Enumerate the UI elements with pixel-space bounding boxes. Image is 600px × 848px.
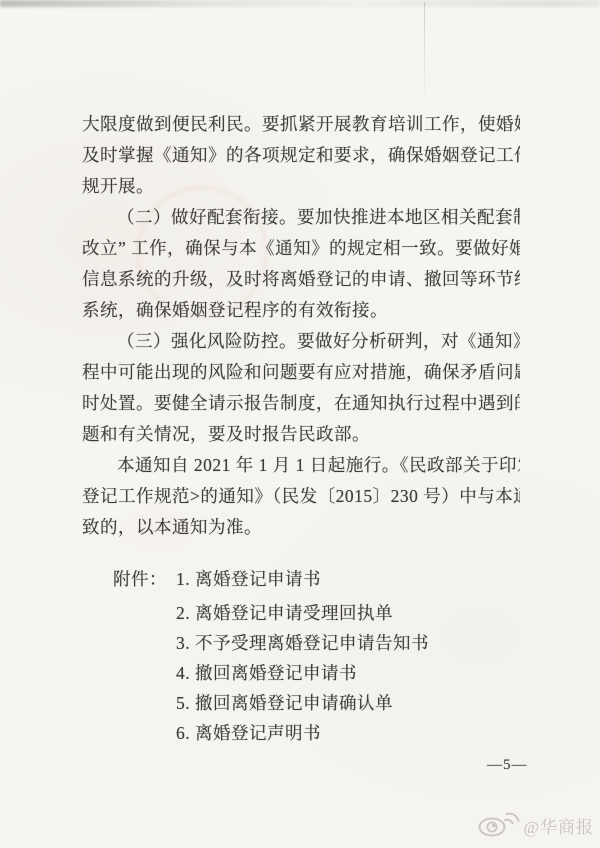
document-line: 时处置。要健全请示报告制度，在通知执行过程中遇到的重要问 xyxy=(82,388,520,419)
attachment-item: 2. 离婚登记申请受理回执单 xyxy=(176,598,540,628)
attachment-item: 4. 撤回离婚登记申请书 xyxy=(176,658,540,688)
document-line: 登记工作规范>的通知》（民发〔2015〕230 号）中与本通知不一 xyxy=(82,481,520,512)
document-line: 信息系统的升级，及时将离婚登记的申请、撤回等环节纳入信息 xyxy=(82,264,520,295)
scanned-document-page: 大限度做到便民利民。要抓紧开展教育培训工作，使婚姻登记员 及时掌握《通知》的各项… xyxy=(0,0,600,848)
document-line: 改立” 工作，确保与本《通知》的规定相一致。要做好婚姻登记 xyxy=(82,233,520,264)
watermark-handle: @华商报 xyxy=(523,813,594,838)
document-line: 系统，确保婚姻登记程序的有效衔接。 xyxy=(82,295,520,326)
scan-fold-line xyxy=(424,2,425,98)
attachments-label: 附件： xyxy=(113,564,167,594)
attachment-item: 1. 离婚登记申请书 xyxy=(176,564,321,594)
attachment-item: 6. 离婚登记声明书 xyxy=(176,718,540,748)
document-body: 大限度做到便民利民。要抓紧开展教育培训工作，使婚姻登记员 及时掌握《通知》的各项… xyxy=(82,109,520,543)
document-line: 本通知自 2021 年 1 月 1 日起施行。《民政部关于印发<婚姻 xyxy=(82,450,520,481)
watermark: @华商报 xyxy=(478,809,594,842)
weibo-icon xyxy=(478,809,520,842)
document-line: 程中可能出现的风险和问题要有应对措施，确保矛盾问题得到及 xyxy=(82,357,520,388)
document-line: 大限度做到便民利民。要抓紧开展教育培训工作，使婚姻登记员 xyxy=(82,109,520,140)
attachment-item: 3. 不予受理离婚登记申请告知书 xyxy=(176,628,540,658)
document-line: 题和有关情况，要及时报告民政部。 xyxy=(82,419,520,450)
attachments-list: 附件： 1. 离婚登记申请书 2. 离婚登记申请受理回执单 3. 不予受理离婚登… xyxy=(113,564,540,748)
document-line: （三）强化风险防控。要做好分析研判，对《通知》实施过 xyxy=(82,326,520,357)
scan-edge-artifact xyxy=(0,0,600,7)
page-number: —5— xyxy=(487,757,528,774)
attachments-row: 附件： 1. 离婚登记申请书 xyxy=(113,564,540,594)
document-line: 及时掌握《通知》的各项规定和要求，确保婚姻登记工作依法依 xyxy=(82,140,520,171)
document-line: 规开展。 xyxy=(82,171,520,202)
document-line: （二）做好配套衔接。要加快推进本地区相关配套制度的“废 xyxy=(82,202,520,233)
document-line: 致的，以本通知为准。 xyxy=(82,512,520,543)
attachment-item: 5. 撤回离婚登记申请确认单 xyxy=(176,688,540,718)
